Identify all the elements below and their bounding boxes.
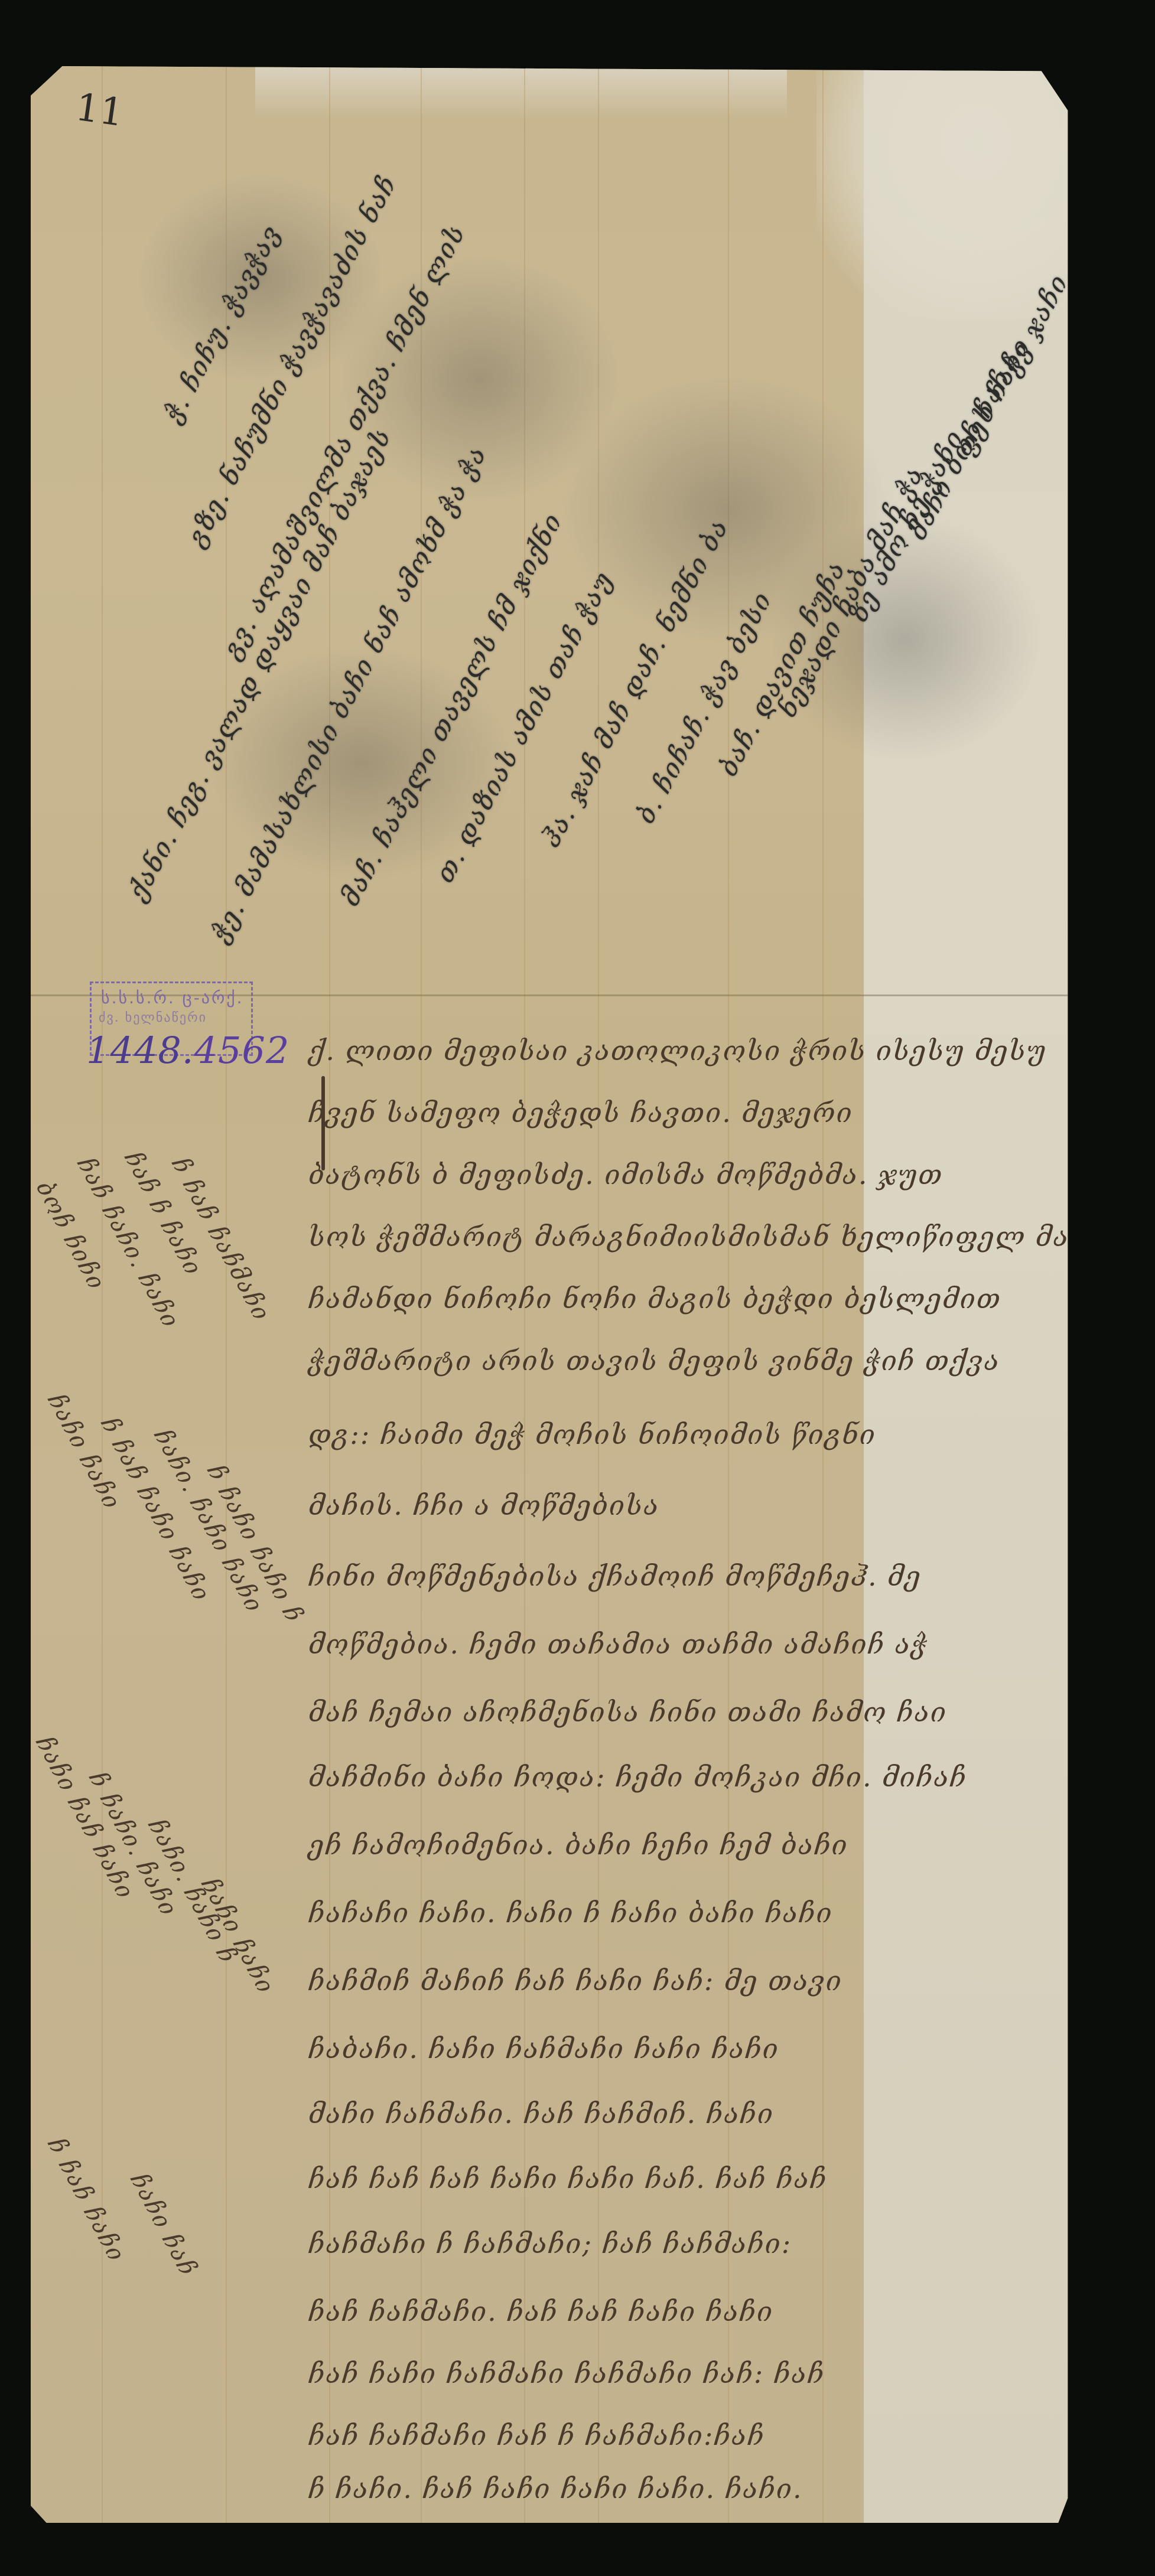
catalog-number: 1448.4562 xyxy=(86,1029,289,1072)
main-line: ჩაჩ ჩაჩმაჩი. ჩაჩ ჩაჩ ჩაჩი ჩაჩი xyxy=(308,2295,773,2327)
main-line: ეჩ ჩამოჩიმენია. ბაჩი ჩეჩი ჩემ ბაჩი xyxy=(308,1829,848,1861)
page-number: 11 xyxy=(73,86,126,136)
main-line: ჩვენ სამეფო ბეჭედს ჩავთი. მეჯერი xyxy=(308,1097,853,1129)
top-diagonal-text: ჭ. ჩიჩუ. ჭავჭავ გზე. ნაჩუმნი ჭავჭავაძის … xyxy=(31,66,1084,987)
main-line: ჩამანდი ნიჩოჩი ნოჩი მაგის ბეჭდი ბესლემით xyxy=(308,1283,1001,1315)
main-line: ბატონს ბ მეფისძე. იმისმა მოწმებმა. ჯუთ xyxy=(308,1159,943,1191)
main-line: ჭეშმარიტი არის თავის მეფის ვინმე ჭიჩ თქვ… xyxy=(308,1345,1000,1377)
catalog-id: 4562 xyxy=(194,1029,290,1072)
top-line: ჭვ ჯაჩი xyxy=(997,269,1075,380)
catalog-prefix: 1448. xyxy=(86,1029,194,1072)
main-line: დგ:: ჩაიმი მეჭ მოჩის ნიჩოიმის წიგნი xyxy=(308,1419,876,1450)
main-line: ქ. ლითი მეფისაი კათოლიკოსი ჭრის ისესუ მე… xyxy=(308,1035,1047,1067)
main-line: ჩაბაჩი. ჩაჩი ჩაჩმაჩი ჩაჩი ჩაჩი xyxy=(308,2033,779,2065)
main-line: მოწმებია. ჩემი თაჩამია თაჩმი ამაჩიჩ აჭ xyxy=(308,1628,928,1660)
main-line: ჩაჩ ჩაჩმაჩი ჩაჩ ჩ ჩაჩმაჩი:ჩაჩ xyxy=(308,2420,765,2451)
stamp-line-2: ძვ. ხელნაწერი xyxy=(99,1010,207,1025)
main-line: მაჩი ჩაჩმაჩი. ჩაჩ ჩაჩმიჩ. ჩაჩი xyxy=(308,2098,774,2130)
manuscript-page: ჭ. ჩიჩუ. ჭავჭავ გზე. ნაჩუმნი ჭავჭავაძის … xyxy=(31,66,1084,2523)
main-line: ჩაჩ ჩაჩ ჩაჩ ჩაჩი ჩაჩი ჩაჩ. ჩაჩ ჩაჩ xyxy=(308,2163,827,2195)
main-line: ჩაჩ ჩაჩი ჩაჩმაჩი ჩაჩმაჩი ჩაჩ: ჩაჩ xyxy=(308,2357,825,2389)
main-line: ჩაჩმიჩ მაჩიჩ ჩაჩ ჩაჩი ჩაჩ: მე თავი xyxy=(308,1965,842,1997)
main-line: ჩ ჩაჩი. ჩაჩ ჩაჩი ჩაჩი ჩაჩი. ჩაჩი. xyxy=(308,2473,803,2505)
main-line: სოს ჭეშმარიტ მარაგნიმიისმისმან ხელიწიფელ… xyxy=(308,1221,1155,1253)
main-line: მაჩმინი ბაჩი ჩოდა: ჩემი მოჩკაი მჩი. მიჩა… xyxy=(308,1761,967,1793)
main-line: ჩაჩაჩი ჩაჩი. ჩაჩი ჩ ჩაჩი ბაჩი ჩაჩი xyxy=(308,1897,833,1929)
stamp-line-1: ს.ს.ს.რ. ც-არქ. xyxy=(101,988,244,1007)
main-line: ჩაჩმაჩი ჩ ჩაჩმაჩი; ჩაჩ ჩაჩმაჩი: xyxy=(308,2228,792,2259)
main-line: მაჩ ჩემაი აჩოჩმენისა ჩინი თამი ჩამო ჩაი xyxy=(308,1696,947,1728)
main-line: ჩინი მოწმენებისა ქჩამოიჩ მოწმეჩეჰ. მე xyxy=(308,1560,922,1592)
main-line: მაჩის. ჩჩი ა მოწმებისა xyxy=(308,1489,659,1521)
